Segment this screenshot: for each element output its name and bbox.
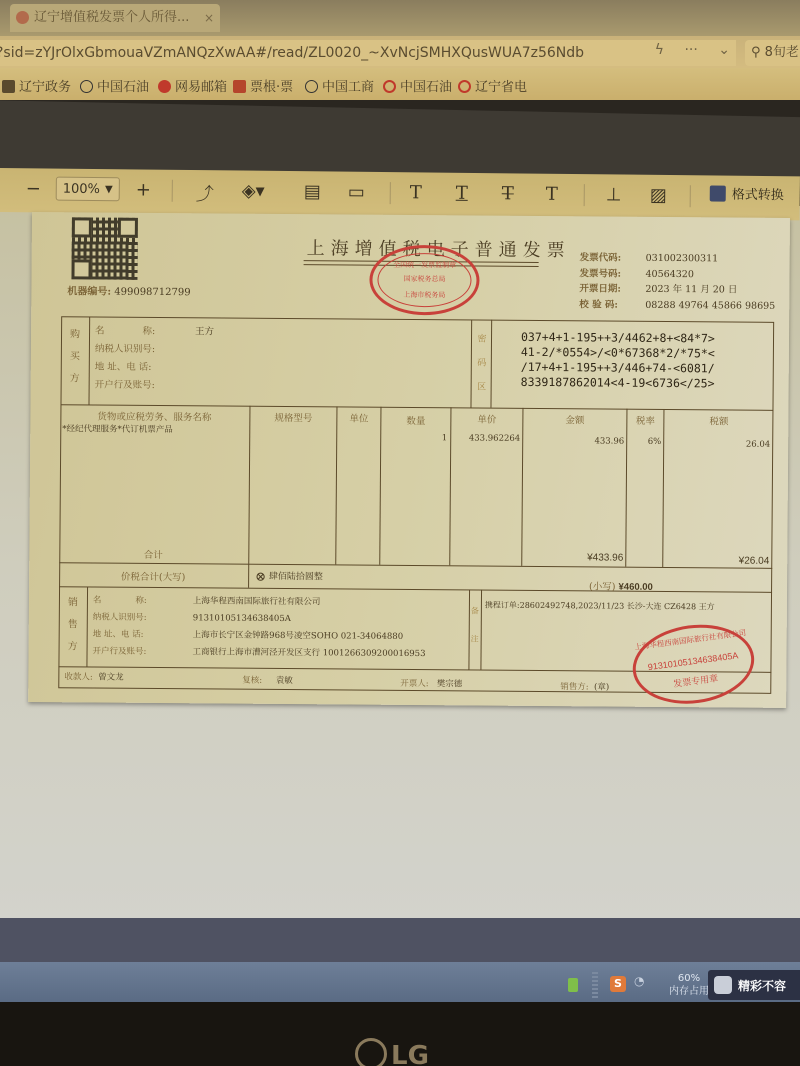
seller-bank-account: 开户行及账号:工商银行上海市漕河泾开发区支行 10012663092000169… xyxy=(92,643,425,663)
url-input[interactable]: ?sid=zYJrOlxGbmouaVZmANQzXwAA#/read/ZL00… xyxy=(0,40,736,66)
invoice-date: 开票日期:2023 年 11 月 20 日 xyxy=(579,281,775,298)
col-header-price: 单价 xyxy=(451,411,522,426)
toolbar-divider xyxy=(584,184,585,206)
col-header-tax-rate: 税率 xyxy=(627,413,663,427)
col-header-spec: 规格型号 xyxy=(250,410,336,425)
cipher-label: 密码区 xyxy=(474,327,491,399)
seller-info: 名 称:上海华程西南国际旅行社有限公司 纳税人识别号:9131010513463… xyxy=(92,592,425,663)
check-code: 校 验 码:08288 49764 45866 98695 xyxy=(579,297,775,314)
lg-logo-icon xyxy=(355,1038,387,1066)
total-tax: ¥26.04 xyxy=(663,555,769,567)
buyer-address-phone: 地 址、电 话: xyxy=(95,358,214,377)
rotate-icon[interactable]: ⤴ xyxy=(196,180,214,206)
footer-reviewer: 复核: 袁敏 xyxy=(242,674,292,686)
bookmark-tickets[interactable]: 票根·票 xyxy=(233,76,293,95)
address-bar-icons: ϟ ··· ⌄ xyxy=(639,42,730,58)
cipher-area: 037+4+1-195++3/4462+8+<84*7> 41-2/*0554>… xyxy=(521,330,715,392)
grand-total-words: ⊗ 肆佰陆拾圆整 xyxy=(255,569,323,586)
search-icon: ⚲ xyxy=(751,45,765,60)
bookmark-liaoning-power[interactable]: 辽宁省电 xyxy=(458,76,527,95)
chevron-down-icon: ▼ xyxy=(105,178,113,202)
sogou-input-icon[interactable]: S xyxy=(610,976,626,992)
ticket-icon xyxy=(233,80,246,93)
browser-tab[interactable]: 辽宁增值税发票个人所得... × xyxy=(10,4,220,32)
tab-close-icon[interactable]: × xyxy=(204,4,214,32)
grand-total-label: 价税合计(大写) xyxy=(63,568,243,583)
bookmark-petrochina[interactable]: 中国石油 xyxy=(80,76,149,95)
toolbar-divider xyxy=(690,185,691,207)
invoice-page: 机器编号: 499098712799 上海增值税电子普通发票 全国统一发票监制章… xyxy=(28,212,790,708)
tax-bureau-stamp: 全国统一发票监制章 国家税务总局 上海市税务局 xyxy=(369,245,480,316)
battery-icon[interactable] xyxy=(568,978,578,992)
text-plain-icon[interactable]: T xyxy=(546,184,558,205)
address-bar: ?sid=zYJrOlxGbmouaVZmANQzXwAA#/read/ZL00… xyxy=(0,36,800,68)
zoom-in-button[interactable]: + xyxy=(136,179,151,200)
chevron-down-icon[interactable]: ⌄ xyxy=(718,42,730,58)
bookmark-petrochina-2[interactable]: 中国石油 xyxy=(383,76,452,95)
more-icon[interactable]: ··· xyxy=(684,42,697,58)
search-text: 8旬老 xyxy=(765,45,799,60)
toolbar-divider xyxy=(390,182,391,204)
total-label: 合计 xyxy=(63,546,243,561)
page-icon[interactable]: ▤ xyxy=(304,181,321,202)
app-logo-icon xyxy=(714,976,732,994)
buyer-label: 购买方 xyxy=(67,324,84,390)
comment-icon[interactable]: ▭ xyxy=(348,182,365,203)
text-underline-icon[interactable]: T xyxy=(456,183,468,204)
notification-banner[interactable]: 精彩不容 xyxy=(708,970,800,1000)
footer-payee: 收款人: 曾文龙 xyxy=(64,670,123,682)
search-q-icon xyxy=(383,80,396,93)
col-header-qty: 数量 xyxy=(381,413,450,428)
total-amount: ¥433.96 xyxy=(522,552,623,564)
tab-favicon-icon xyxy=(16,11,29,24)
viewer-bottom-bar xyxy=(0,918,800,964)
invoice-code: 发票代码:031002300311 xyxy=(580,250,776,267)
zoom-select[interactable]: 100% ▼ xyxy=(56,177,120,202)
search-box[interactable]: ⚲ 8旬老 xyxy=(745,40,800,66)
lightning-icon[interactable]: ϟ xyxy=(655,42,664,58)
buyer-info: 名 称:王方 纳税人识别号: 地 址、电 话: 开户行及账号: xyxy=(95,322,215,395)
mail-icon xyxy=(158,80,171,93)
bookmark-icbc[interactable]: 中国工商 xyxy=(305,76,374,95)
buyer-tax-id: 纳税人识别号: xyxy=(95,340,214,359)
tab-title: 辽宁增值税发票个人所得... xyxy=(34,10,189,25)
footer-seller-seal: 销售方: (章) xyxy=(560,680,609,692)
footer-issuer: 开票人: 樊宗德 xyxy=(400,677,462,689)
text-strikethrough-icon[interactable]: T xyxy=(502,183,514,204)
seller-label: 销售方 xyxy=(64,592,81,658)
text-icon[interactable]: T xyxy=(410,182,422,203)
invoice-meta: 发票代码:031002300311 发票号码:40564320 开票日期:202… xyxy=(579,250,775,314)
zoom-out-button[interactable]: − xyxy=(26,178,41,199)
network-icon[interactable]: ◔ xyxy=(634,974,644,988)
zoom-value: 100% xyxy=(63,182,100,197)
format-convert-button[interactable]: 格式转换 xyxy=(710,183,784,203)
convert-icon xyxy=(710,185,726,201)
bookmark-163-mail[interactable]: 网易邮箱 xyxy=(158,76,227,95)
col-header-unit: 单位 xyxy=(337,410,380,424)
memory-usage[interactable]: 60% 内存占用 xyxy=(664,972,714,998)
shield-icon xyxy=(2,80,15,93)
circle-x-icon: ⊗ xyxy=(255,570,266,585)
machine-number: 机器编号: 499098712799 xyxy=(67,282,190,298)
bookmark-liaoning-gov[interactable]: 辽宁政务 xyxy=(2,76,71,95)
remarks-text: 携程订单:28602492748,2023/11/23 长沙-大连 CZ6428… xyxy=(485,600,715,613)
grand-total-figures: (小写) ¥460.00 xyxy=(589,578,653,593)
system-tray: S ◔ 60% 内存占用 精彩不容 xyxy=(560,968,800,1004)
col-header-item: 货物或应税劳务、服务名称 xyxy=(64,408,244,423)
globe-icon xyxy=(305,80,318,93)
toolbar-divider xyxy=(172,180,173,202)
signature-icon[interactable]: ▨ xyxy=(650,185,667,206)
qr-code xyxy=(71,217,137,280)
stamp-icon[interactable]: ⊥ xyxy=(606,184,622,205)
col-header-amount: 金额 xyxy=(523,412,626,427)
col-header-tax: 税额 xyxy=(664,413,773,428)
invoice-number: 发票号码:40564320 xyxy=(579,266,775,283)
bookmarks-bar: 辽宁政务 中国石油 网易邮箱 票根·票 中国工商 中国石油 辽宁省电 xyxy=(0,68,800,100)
remarks-label: 备注 xyxy=(470,597,480,653)
globe-icon xyxy=(80,80,93,93)
search-q-icon xyxy=(458,80,471,93)
monitor-brand-logo: LG xyxy=(355,1038,429,1066)
buyer-bank-account: 开户行及账号: xyxy=(95,376,214,395)
browser-tab-bar: 辽宁增值税发票个人所得... × xyxy=(0,0,800,36)
signal-icon xyxy=(592,972,598,998)
buyer-name: 名 称:王方 xyxy=(95,322,214,341)
fill-color-icon[interactable]: ◈▾ xyxy=(242,181,265,202)
